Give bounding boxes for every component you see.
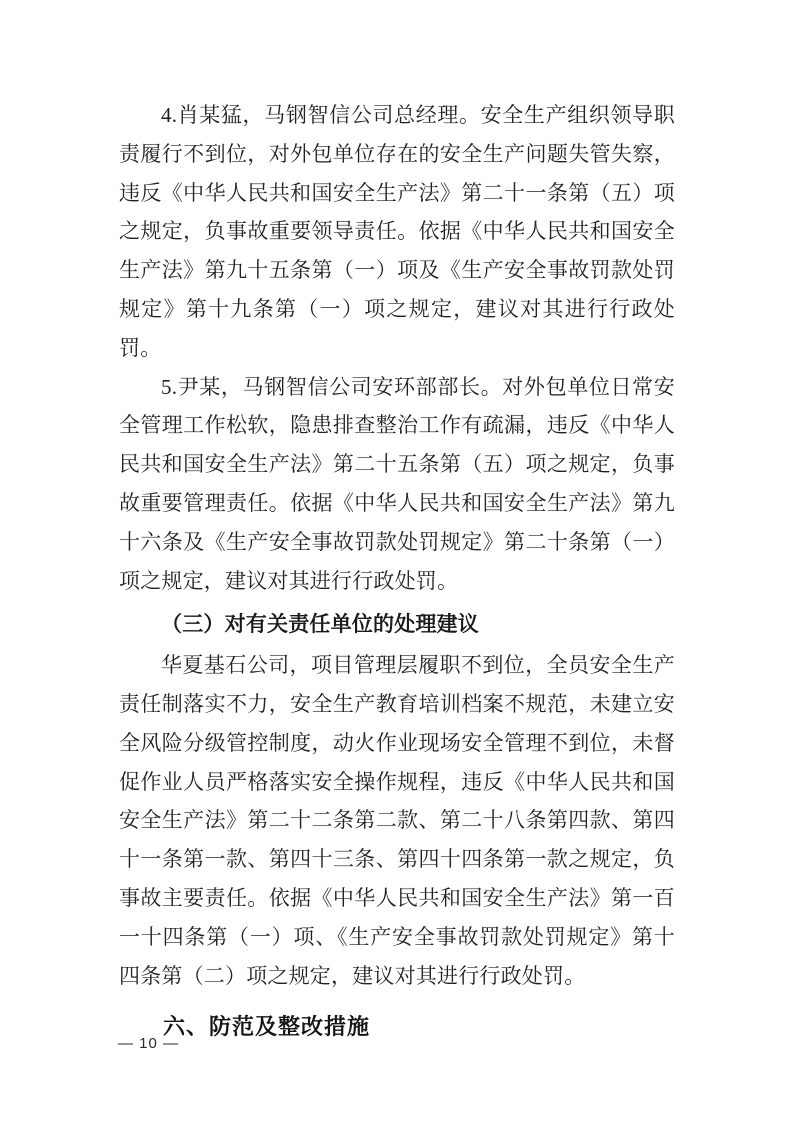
paragraph-person-4-xiao: 4.肖某猛，马钢智信公司总经理。安全生产组织领导职责履行不到位，对外包单位存在的…	[119, 96, 675, 368]
document-body: 4.肖某猛，马钢智信公司总经理。安全生产组织领导职责履行不到位，对外包单位存在的…	[119, 96, 675, 1047]
paragraph-person-5-yin: 5.尹某，马钢智信公司安环部部长。对外包单位日常安全管理工作松软，隐患排查整治工…	[119, 368, 675, 601]
section-heading-responsible-units: （三）对有关责任单位的处理建议	[119, 605, 675, 644]
document-page: 4.肖某猛，马钢智信公司总经理。安全生产组织领导职责履行不到位，对外包单位存在的…	[0, 0, 793, 1122]
page-number: — 10 —	[118, 1035, 179, 1052]
paragraph-huaxia-jishi-company: 华夏基石公司，项目管理层履职不到位，全员安全生产责任制落实不力，安全生产教育培训…	[119, 646, 675, 995]
section-heading-prevention-measures: 六、防范及整改措施	[119, 1008, 675, 1047]
